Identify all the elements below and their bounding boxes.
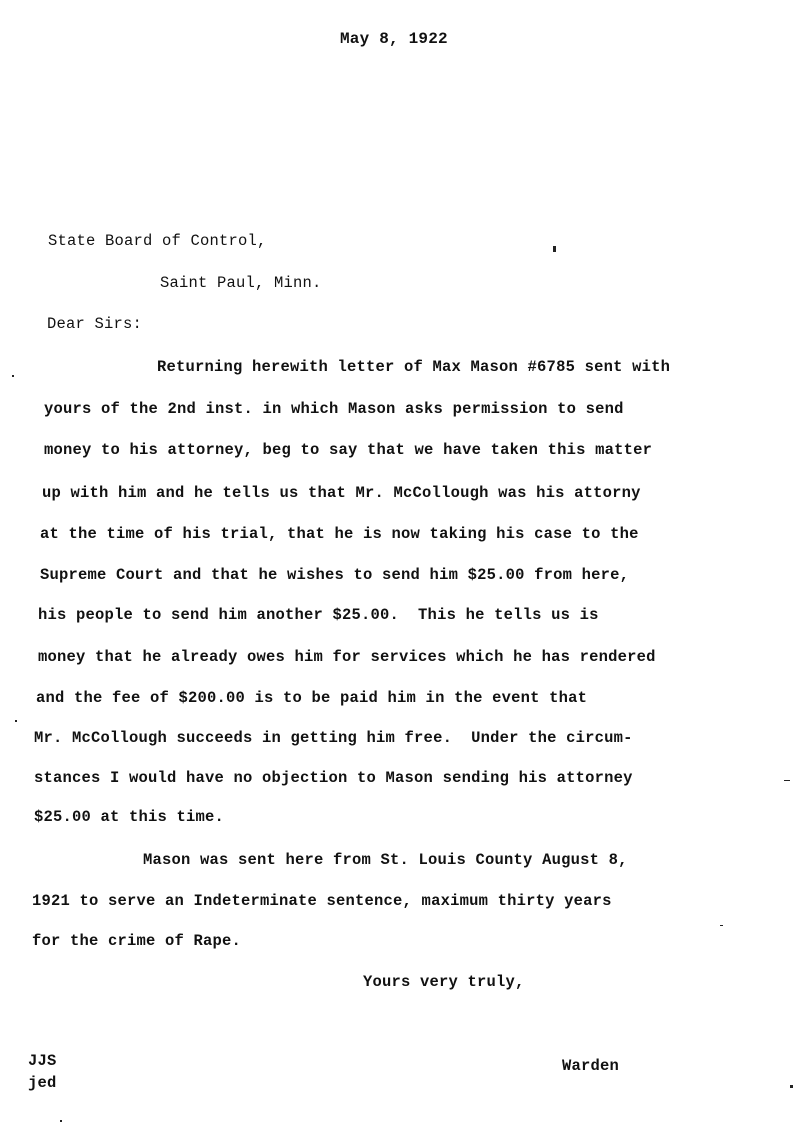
body-line: 1921 to serve an Indeterminate sentence,… — [32, 892, 612, 910]
body-line: Mason was sent here from St. Louis Count… — [143, 851, 628, 869]
speck — [720, 925, 723, 926]
body-line: yours of the 2nd inst. in which Mason as… — [44, 400, 624, 418]
speck — [553, 246, 556, 252]
speck — [12, 375, 14, 377]
reference-initials-author: JJS — [28, 1052, 57, 1070]
speck — [790, 1085, 793, 1088]
speck — [15, 720, 17, 722]
speck — [60, 1120, 62, 1122]
speck — [784, 780, 790, 781]
body-line: and the fee of $200.00 is to be paid him… — [36, 689, 587, 707]
letter-page: May 8, 1922 State Board of Control, Sain… — [0, 0, 800, 1133]
signature-title: Warden — [562, 1057, 619, 1075]
body-line: Mr. McCollough succeeds in getting him f… — [34, 729, 633, 747]
body-line: at the time of his trial, that he is now… — [40, 525, 639, 543]
reference-initials-typist: jed — [28, 1074, 57, 1092]
closing: Yours very truly, — [363, 973, 525, 991]
body-line: Supreme Court and that he wishes to send… — [40, 566, 629, 584]
body-line: stances I would have no objection to Mas… — [34, 769, 633, 787]
letter-date: May 8, 1922 — [340, 30, 448, 48]
recipient-location: Saint Paul, Minn. — [160, 274, 322, 292]
salutation: Dear Sirs: — [47, 315, 142, 333]
body-line: for the crime of Rape. — [32, 932, 241, 950]
body-line: money that he already owes him for servi… — [38, 648, 656, 666]
body-line: Returning herewith letter of Max Mason #… — [157, 358, 670, 376]
body-line: up with him and he tells us that Mr. McC… — [42, 484, 641, 502]
recipient-name: State Board of Control, — [48, 232, 267, 250]
body-line: money to his attorney, beg to say that w… — [44, 441, 652, 459]
body-line: $25.00 at this time. — [34, 808, 224, 826]
body-line: his people to send him another $25.00. T… — [38, 606, 599, 624]
